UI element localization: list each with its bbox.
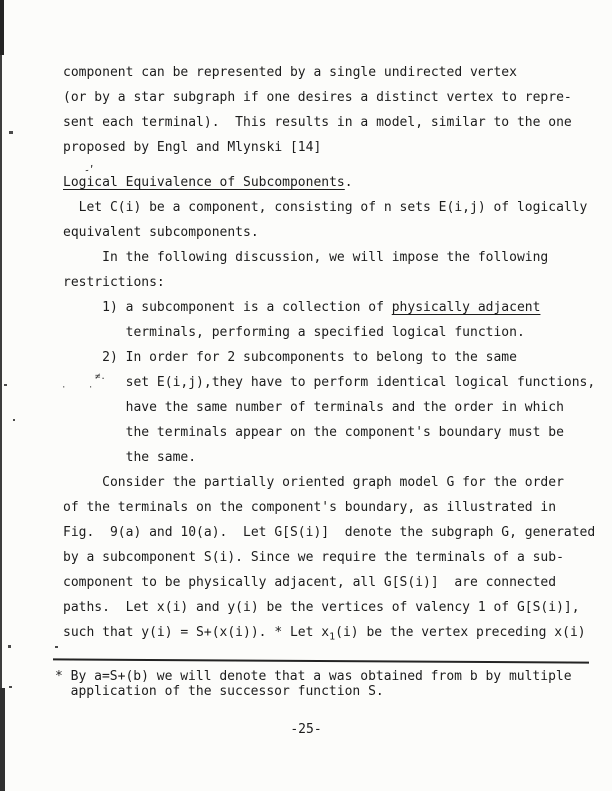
text-segment: the terminals appear on the component's … xyxy=(63,425,564,440)
scan-edge-artifact xyxy=(0,0,2,791)
text-line: proposed by Engl and Mlynski [14] xyxy=(63,135,595,160)
section-heading: Logical Equivalence of Subcomponents. xyxy=(63,170,595,195)
text-segment: terminals, performing a specified logica… xyxy=(63,325,525,340)
text-line: by a subcomponent S(i). Since we require… xyxy=(63,545,595,570)
text-segment: of the terminals on the component's boun… xyxy=(63,500,556,515)
underlined-text: physically adjacent xyxy=(392,300,541,315)
text-segment: (i) be the vertex preceding x(i) xyxy=(335,625,585,640)
text-segment: Fig. 9(a) and 10(a). Let G[S(i)] denote … xyxy=(63,525,595,540)
text-line: Fig. 9(a) and 10(a). Let G[S(i)] denote … xyxy=(63,520,595,545)
document-page: -ʼ ≠. · · component can be represented b… xyxy=(0,0,612,791)
text-segment: In the following discussion, we will imp… xyxy=(63,250,548,265)
text-segment: set E(i,j),they have to perform identica… xyxy=(63,375,595,390)
text-segment: 2) In order for 2 subcomponents to belon… xyxy=(63,350,517,365)
text-segment: by a subcomponent S(i). Since we require… xyxy=(63,550,564,565)
scan-edge-artifact xyxy=(0,0,4,55)
text-line: the terminals appear on the component's … xyxy=(63,420,595,445)
text-segment: such that y(i) = S+(x(i)). * Let x xyxy=(63,625,329,640)
text-line: Consider the partially oriented graph mo… xyxy=(63,470,595,495)
text-line: In the following discussion, we will imp… xyxy=(63,245,595,270)
text-line: of the terminals on the component's boun… xyxy=(63,495,595,520)
text-segment: (or by a star subgraph if one desires a … xyxy=(63,90,572,105)
text-line: paths. Let x(i) and y(i) be the vertices… xyxy=(63,595,595,620)
text-segment: Let C(i) be a component, consisting of n… xyxy=(63,200,587,215)
text-line: component can be represented by a single… xyxy=(63,60,595,85)
text-segment: restrictions: xyxy=(63,275,165,290)
ink-speck xyxy=(9,686,12,688)
text-segment: paths. Let x(i) and y(i) be the vertices… xyxy=(63,600,580,615)
body-text: component can be represented by a single… xyxy=(63,60,595,645)
ink-speck xyxy=(55,646,58,648)
text-line: (or by a star subgraph if one desires a … xyxy=(63,85,595,110)
text-line: terminals, performing a specified logica… xyxy=(63,320,595,345)
text-line: such that y(i) = S+(x(i)). * Let x1(i) b… xyxy=(63,620,595,645)
text-line: set E(i,j),they have to perform identica… xyxy=(63,370,595,395)
text-segment: . xyxy=(345,175,353,190)
text-segment: Consider the partially oriented graph mo… xyxy=(63,475,564,490)
text-segment: 1) a subcomponent is a collection of xyxy=(63,300,392,315)
footnote: * By a=S+(b) we will denote that a was o… xyxy=(55,669,572,699)
text-segment: component to be physically adjacent, all… xyxy=(63,575,556,590)
text-line: the same. xyxy=(63,445,595,470)
text-line: restrictions: xyxy=(63,270,595,295)
footnote-line: * By a=S+(b) we will denote that a was o… xyxy=(55,669,572,684)
text-segment: the same. xyxy=(63,450,196,465)
footnote-divider xyxy=(53,658,589,663)
text-line: have the same number of terminals and th… xyxy=(63,395,595,420)
text-segment: component can be represented by a single… xyxy=(63,65,517,80)
ink-speck xyxy=(9,131,13,134)
ink-speck xyxy=(4,384,7,386)
text-line: equivalent subcomponents. xyxy=(63,220,595,245)
text-segment: sent each terminal). This results in a m… xyxy=(63,115,572,130)
ink-speck xyxy=(8,645,11,648)
text-line: Let C(i) be a component, consisting of n… xyxy=(63,195,595,220)
text-segment: have the same number of terminals and th… xyxy=(63,400,564,415)
ink-speck xyxy=(13,419,15,421)
text-line: 1) a subcomponent is a collection of phy… xyxy=(63,295,595,320)
underlined-text: Logical Equivalence of Subcomponents xyxy=(63,175,345,190)
text-segment: equivalent subcomponents. xyxy=(63,225,259,240)
text-line: 2) In order for 2 subcomponents to belon… xyxy=(63,345,595,370)
page-number: -25- xyxy=(0,722,612,737)
text-line: sent each terminal). This results in a m… xyxy=(63,110,595,135)
text-line: component to be physically adjacent, all… xyxy=(63,570,595,595)
footnote-line: application of the successor function S. xyxy=(55,684,572,699)
text-segment: proposed by Engl and Mlynski [14] xyxy=(63,140,321,155)
scan-edge-artifact xyxy=(0,688,5,791)
